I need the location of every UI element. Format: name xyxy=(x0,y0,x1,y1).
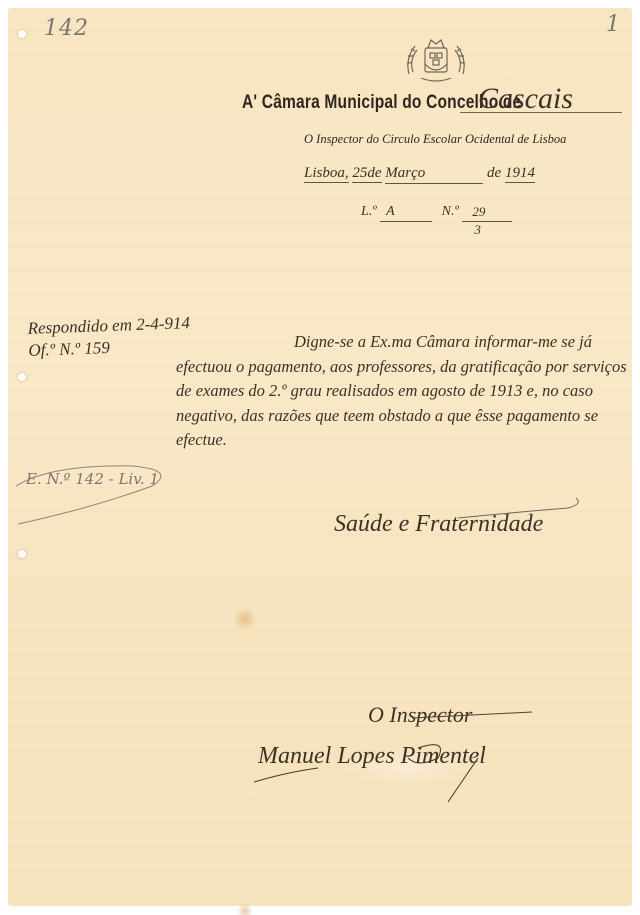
signature-flourish xyxy=(248,738,568,808)
date-place: Lisboa, xyxy=(304,165,349,183)
paper-stain xyxy=(236,904,254,915)
date-day: 25 xyxy=(352,165,367,183)
margin-note: Respondido em 2-4-914 Of.º N.º 159 xyxy=(27,312,191,362)
paper-stain xyxy=(232,608,258,630)
date-line: Lisboa, 25de Março de 1914 xyxy=(304,165,535,184)
date-de: de xyxy=(367,165,381,183)
signature-underline xyxy=(408,708,538,724)
livro-value: A xyxy=(380,204,432,222)
folio-number-left: 142 xyxy=(44,16,89,41)
reference-line: L.º A N.º 29 3 xyxy=(361,204,512,238)
numero-label: N.º xyxy=(442,204,459,219)
date-year: 1914 xyxy=(505,165,535,183)
pencil-loop-mark xyxy=(12,458,172,528)
margin-note-office-number: Of.º N.º 159 xyxy=(28,334,191,362)
date-month: Março xyxy=(385,165,483,184)
date-de: de xyxy=(487,165,501,181)
livro-label: L.º xyxy=(361,204,377,219)
header-city: Cascais xyxy=(478,82,573,116)
letter-body-text: Digne-se a Ex.ma Câmara informar-me se j… xyxy=(176,330,634,453)
letter-body: Digne-se a Ex.ma Câmara informar-me se j… xyxy=(176,330,634,453)
punch-hole xyxy=(18,550,26,558)
issuer-subtitle: O Inspector do Circulo Escolar Ocidental… xyxy=(304,132,566,147)
numero-value: 29 xyxy=(462,204,512,222)
document-page: 142 1 A' Câmara Municipal do Concelho de… xyxy=(8,8,632,906)
punch-hole xyxy=(18,30,26,38)
coat-of-arms-icon xyxy=(403,34,469,84)
punch-hole xyxy=(18,373,26,381)
closing-flourish xyxy=(448,494,588,524)
numero-sub: 3 xyxy=(462,222,512,238)
folio-number-right: 1 xyxy=(606,12,620,37)
